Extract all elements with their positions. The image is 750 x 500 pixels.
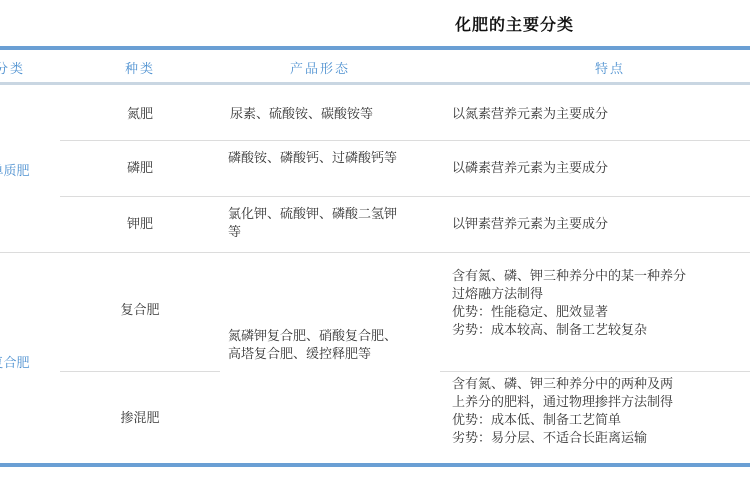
feature-line: 上养分的肥料，通过物理掺拌方法制得 (452, 394, 750, 412)
form-potassium: 氯化钾、硫酸钾、磷酸二氢钾等 (228, 206, 398, 242)
feature-line: 优势：成本低、制备工艺简单 (452, 412, 750, 430)
feature-line: 劣势：易分层、不适合长距离运输 (452, 430, 750, 448)
form-nitrogen: 尿素、硫酸铵、碳酸铵等 (230, 106, 400, 124)
header-feature: 特点 (570, 58, 650, 77)
feature-potassium: 以钾素营养元素为主要成分 (452, 216, 750, 234)
type-potassium: 钾肥 (110, 216, 170, 234)
table-bottom-border (0, 463, 750, 467)
category-single: 单质肥 (0, 160, 40, 179)
feature-line: 优势：性能稳定、肥效显著 (452, 304, 750, 322)
feature-nitrogen: 以氮素营养元素为主要成分 (452, 106, 750, 124)
feature-line: 含有氮、磷、钾三种养分中的某一种养分 (452, 268, 750, 286)
fertilizer-classification-table: 分类 种类 产品形态 特点 单质肥 氮肥 尿素、硫酸铵、碳酸铵等 以氮素营养元素… (0, 46, 750, 467)
feature-blended: 含有氮、磷、钾三种养分中的两种及两 上养分的肥料，通过物理掺拌方法制得 优势：成… (452, 376, 750, 448)
row-divider (440, 371, 750, 372)
feature-compound: 含有氮、磷、钾三种养分中的某一种养分 过熔融方法制得 优势：性能稳定、肥效显著 … (452, 268, 750, 340)
type-nitrogen: 氮肥 (110, 106, 170, 124)
header-category: 分类 (0, 58, 40, 77)
category-compound: 复合肥 (0, 352, 40, 371)
feature-line: 含有氮、磷、钾三种养分中的两种及两 (452, 376, 750, 394)
row-divider (60, 140, 750, 141)
table-title: 化肥的主要分类 (455, 12, 574, 35)
header-divider (0, 82, 750, 85)
form-compound-shared: 氮磷钾复合肥、硝酸复合肥、高塔复合肥、缓控释肥等 (228, 328, 398, 364)
feature-line: 劣势：成本较高、制备工艺较复杂 (452, 322, 750, 340)
group-divider (0, 252, 750, 253)
type-phosphorus: 磷肥 (110, 160, 170, 178)
feature-phosphorus: 以磷素营养元素为主要成分 (452, 160, 750, 178)
type-compound: 复合肥 (105, 302, 175, 320)
feature-line: 过熔融方法制得 (452, 286, 750, 304)
row-divider (60, 371, 220, 372)
table-top-border (0, 46, 750, 50)
form-phosphorus: 磷酸铵、磷酸钙、过磷酸钙等 (228, 150, 398, 168)
row-divider (60, 196, 750, 197)
header-type: 种类 (110, 58, 170, 77)
type-blended: 掺混肥 (105, 410, 175, 428)
header-form: 产品形态 (260, 58, 380, 77)
